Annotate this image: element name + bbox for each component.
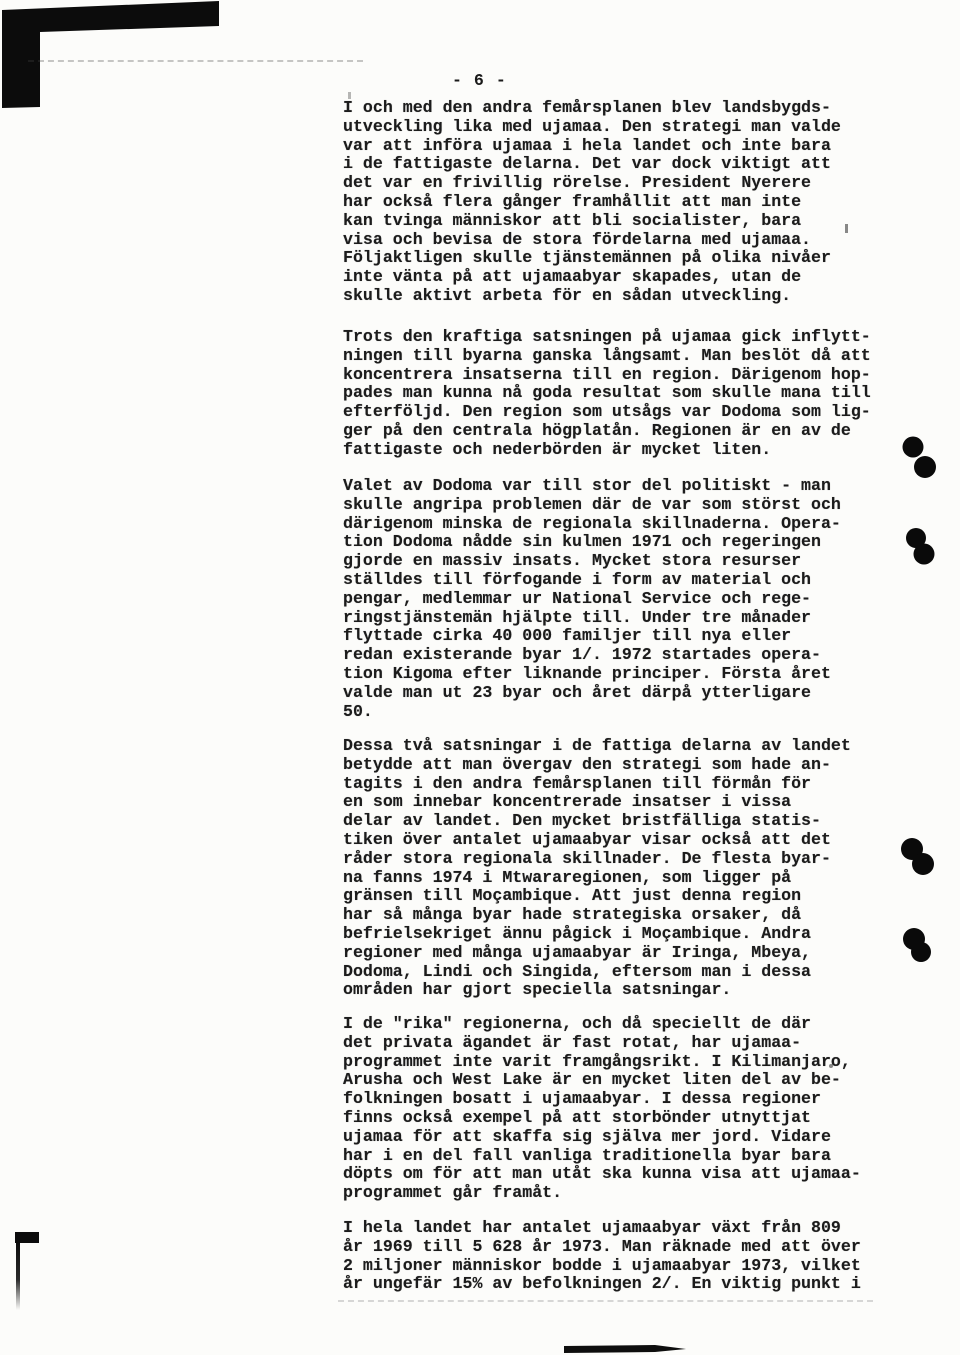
scan-artifact-bottom-left-corner-tail xyxy=(16,1242,20,1310)
paragraph-4: Dessa två satsningar i de fattiga delarn… xyxy=(343,737,903,1000)
paragraph-6: I hela landet har antalet ujamaabyar väx… xyxy=(343,1219,903,1294)
paragraph-5: I de "rika" regionerna, och då speciellt… xyxy=(343,1015,903,1203)
scan-artifact-top-left-corner xyxy=(0,0,230,112)
scan-artifact-bottom-streak xyxy=(560,1343,695,1355)
paragraph-3: Valet av Dodoma var till stor del politi… xyxy=(343,477,903,721)
scan-noise-line-bottom xyxy=(338,1300,873,1302)
scan-noise-line-top xyxy=(28,60,363,62)
paragraph-2: Trots den kraftiga satsningen på ujamaa … xyxy=(343,328,903,460)
paragraph-1: I och med den andra femårsplanen blev la… xyxy=(343,99,903,306)
scan-artifact-ink-blobs xyxy=(880,425,950,970)
page-number: - 6 - xyxy=(452,71,507,90)
scanned-document-page: - 6 - I och med den andra femårsplanen b… xyxy=(0,0,960,1355)
